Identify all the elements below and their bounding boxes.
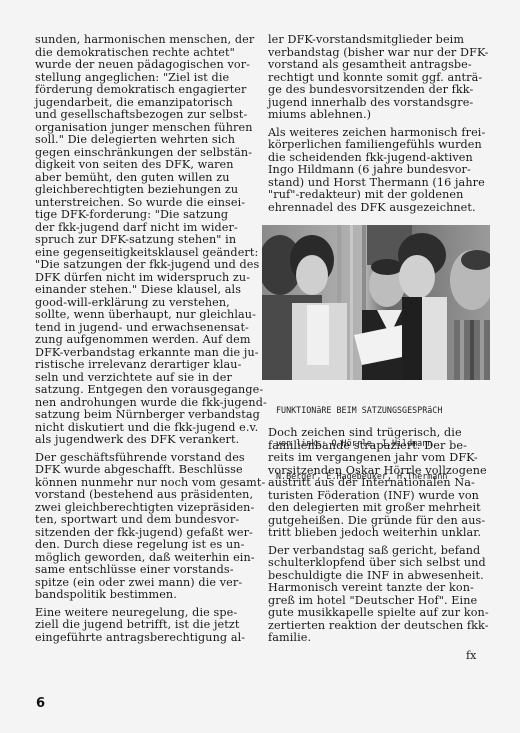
text-line: einander stehen." Diese klausel, als [35,284,257,297]
text-line: digkeit von seiten des DFK, waren [35,159,257,172]
text-line: als jugendwerk des DFK verankert. [35,434,257,447]
text-line: DFK wurde abgeschafft. Beschlüsse [35,464,257,477]
text-line: förderung demokratisch engagierter [35,84,257,97]
text-line: wurde der neuen pädagogischen vor- [35,59,257,72]
paragraph: Doch zeichen sind trügerisch, diefamilie… [268,427,503,540]
text-line: miums ablehnen.) [268,109,503,122]
right-column-top: ler DFK-vorstandsmitglieder beimverbands… [268,34,503,214]
text-line: austritt aus der Internationalen Na- [268,477,503,490]
text-line: vorstand als gesamtheit antragsbe- [268,59,503,72]
text-line: soll." Die delegierten wehrten sich [35,134,257,147]
text-line: ge des bundesvorsitzenden der fkk- [268,84,503,97]
text-line: eingeführte antragsberechtigung al- [35,632,257,645]
text-line: sunden, harmonischen menschen, der [35,34,257,47]
page-number: 6 [36,696,45,711]
text-line: gute musikkapelle spielte auf zur kon- [268,607,503,620]
photo-image-icon [262,225,490,380]
text-line: vorstand (bestehend aus präsidenten, [35,489,257,502]
text-line: ristische irrelevanz derartiger klau- [35,359,257,372]
text-line: reits im vergangenen jahr vom DFK- [268,452,503,465]
caption-title: FUNKTIONäRE BEIM SATZUNGSGESPRäCH [276,405,447,416]
text-line: satzung beim Nürnberger verbandstag [35,409,257,422]
text-line: "ruf"-redakteur) mit der goldenen [268,189,503,202]
text-line: ehrennadel des DFK ausgezeichnet. [268,202,503,215]
text-line: bandspolitik bestimmen. [35,589,257,602]
text-line: same entschlüsse einer vorstands- [35,564,257,577]
text-line: Ingo Hildmann (6 jahre bundesvor- [268,164,503,177]
text-line: schulterklopfend über sich selbst und [268,557,503,570]
text-line: den. Durch diese regelung ist es un- [35,539,257,552]
text-line: familie. [268,632,503,645]
author-signature: fx [466,649,476,662]
text-line: spruch zur DFK-satzung stehen" in [35,234,257,247]
text-line: ziell die jugend betrifft, ist die jetzt [35,619,257,632]
paragraph: Als weiteres zeichen harmonisch frei-kör… [268,127,503,215]
text-line: Harmonisch vereint tanzte der kon- [268,582,503,595]
text-line: tige DFK-forderung: "Die satzung [35,209,257,222]
text-line: "Die satzungen der fkk-jugend und des [35,259,257,272]
paragraph: Der verbandstag saß gericht, befandschul… [268,545,503,645]
text-line: körperlichen familiengefühls wurden [268,139,503,152]
text-line: Doch zeichen sind trügerisch, die [268,427,503,440]
text-line: ten, sportwart und dem bundesvor- [35,514,257,527]
text-line: tritt blieben jedoch weiterhin unklar. [268,527,503,540]
paragraph: Der geschäftsführende vorstand desDFK wu… [35,452,257,602]
paragraph: ler DFK-vorstandsmitglieder beimverbands… [268,34,503,122]
paragraph: sunden, harmonischen menschen, derdie de… [35,34,257,447]
text-line: den delegierten mit großer mehrheit [268,502,503,515]
text-line: und gesellschaftsbezogen zur selbst- [35,109,257,122]
paragraph: Eine weitere neuregelung, die spe-ziell … [35,607,257,645]
right-column-bottom: Doch zeichen sind trügerisch, diefamilie… [268,427,503,645]
text-line: zung aufgenommen werden. Auf dem [35,334,257,347]
photo-officials-discussion [262,225,490,380]
text-line: ler DFK-vorstandsmitglieder beim [268,34,503,47]
text-line: sollte, wenn überhaupt, nur gleichlau- [35,309,257,322]
left-column: sunden, harmonischen menschen, derdie de… [35,34,257,644]
text-line: satzung. Entgegen den vorausgegange- [35,384,257,397]
text-line: gleichberechtigten beziehungen zu [35,184,257,197]
